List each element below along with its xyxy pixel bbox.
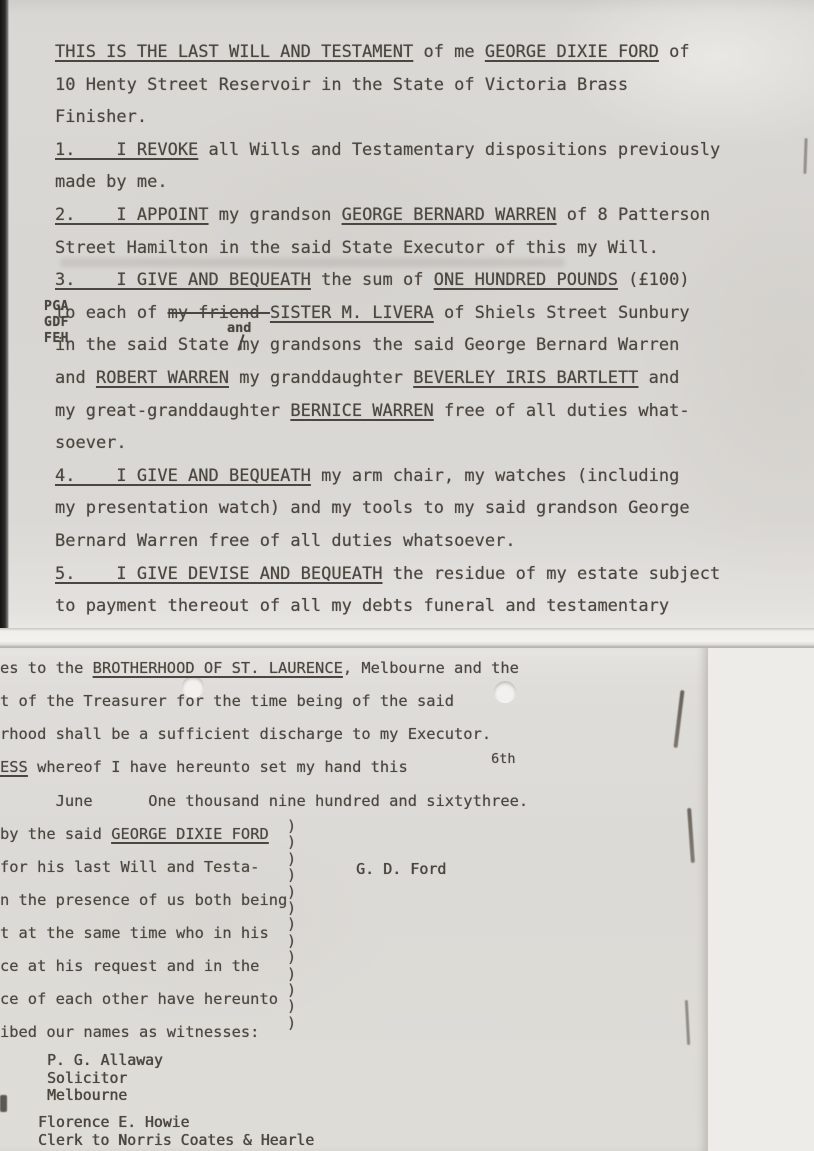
underlined-text: ONE HUNDRED POUNDS	[434, 270, 618, 290]
text-segment: to payment thereout of all my debts fune…	[55, 596, 669, 616]
ink-mark	[0, 1095, 7, 1112]
testator-signature: G. D. Ford	[356, 860, 446, 878]
brace-paren: )	[287, 949, 296, 965]
text-segment: of me	[413, 42, 485, 62]
brace-paren: )	[287, 1015, 296, 1031]
text-line: and ROBERT WARREN my granddaughter BEVER…	[55, 362, 795, 395]
page-gap	[0, 628, 814, 649]
scanned-will-document: { "meta": { "description": "Scanned type…	[0, 0, 814, 1151]
text-line: to payment thereout of all my debts fune…	[55, 590, 795, 623]
underlined-text: ROBERT WARREN	[96, 368, 229, 388]
text-segment: 6th	[491, 751, 515, 767]
text-line: 2. I APPOINT my grandson GEORGE BERNARD …	[55, 199, 795, 232]
underlined-text: ESS	[0, 758, 28, 776]
text-line: 10 Henty Street Reservoir in the State o…	[55, 69, 795, 102]
underlined-text: 5. I GIVE DEVISE AND BEQUEATH	[55, 564, 383, 584]
text-line: t of the Treasurer for the time being of…	[0, 685, 707, 718]
text-segment: t at the same time who in his	[0, 924, 269, 942]
page2-text-block: es to the BROTHERHOOD OF ST. LAURENCE, M…	[0, 652, 707, 1049]
insertion-annotation: and	[227, 320, 251, 336]
text-segment: the residue of my estate subject	[383, 564, 721, 584]
text-line: June One thousand nine hundred and sixty…	[0, 785, 707, 818]
witness-line: Clerk to Norris Coates & Hearle	[38, 1132, 314, 1150]
witness-line: Solicitor	[47, 1070, 163, 1088]
underlined-text: SISTER M. LIVERA	[270, 303, 434, 323]
text-segment: for his last Will and Testa-	[0, 858, 259, 876]
underlined-text: BROTHERHOOD OF ST. LAURENCE	[93, 659, 343, 677]
text-segment: and	[638, 368, 679, 388]
text-segment: (£100)	[618, 270, 690, 290]
text-segment: n the presence of us both being	[0, 891, 287, 909]
text-segment: whereof I have hereunto set my hand this	[28, 758, 491, 776]
text-line: ibed our names as witnesses:	[0, 1016, 707, 1049]
text-segment: , Melbourne and the	[343, 659, 519, 677]
text-line: my presentation watch) and my tools to m…	[55, 492, 795, 525]
underlined-text: THIS IS THE LAST WILL AND TESTAMENT	[55, 42, 413, 62]
brace-paren: )	[287, 916, 296, 932]
text-segment: my arm chair, my watches (including	[311, 466, 679, 486]
text-segment: my grandson	[209, 205, 342, 225]
brace-paren: )	[287, 834, 296, 850]
text-line: soever.	[55, 427, 795, 460]
underlined-text: 3. I GIVE AND BEQUEATH	[55, 270, 311, 290]
brace-paren: )	[287, 884, 296, 900]
underlined-text: 2. I APPOINT	[55, 205, 209, 225]
text-segment: ce at his request and in the	[0, 957, 259, 975]
underlined-text: 4. I GIVE AND BEQUEATH	[55, 466, 311, 486]
struck-text: my friend	[168, 303, 270, 323]
text-segment: ibed our names as witnesses:	[0, 1023, 259, 1041]
text-segment: June One thousand nine hundred and sixty…	[0, 792, 528, 810]
brace-paren: )	[287, 867, 296, 883]
text-segment: my presentation watch) and my tools to m…	[55, 498, 690, 518]
brace-paren: )	[287, 982, 296, 998]
text-segment: t of the Treasurer for the time being of…	[0, 692, 454, 710]
text-line: in the said State my grandsons the said …	[55, 329, 795, 362]
text-segment: and	[55, 368, 96, 388]
text-line: 5. I GIVE DEVISE AND BEQUEATH the residu…	[55, 558, 795, 591]
text-line: es to the BROTHERHOOD OF ST. LAURENCE, M…	[0, 652, 707, 685]
underlined-text: BERNICE WARREN	[290, 401, 433, 421]
text-line: Street Hamilton in the said State Execut…	[55, 232, 795, 265]
underlined-text: GEORGE DIXIE FORD	[111, 825, 269, 843]
brace-paren: )	[287, 966, 296, 982]
text-segment: all Wills and Testamentary dispositions …	[198, 140, 720, 160]
witness-block-allaway: P. G. AllawaySolicitorMelbourne	[47, 1052, 163, 1105]
text-line: ESS whereof I have hereunto set my hand …	[0, 751, 707, 785]
text-segment: Street Hamilton in the said State Execut…	[55, 238, 659, 258]
text-line: my great-granddaughter BERNICE WARREN fr…	[55, 395, 795, 428]
text-segment: free of all duties what-	[434, 401, 690, 421]
text-line: t at the same time who in his	[0, 917, 707, 950]
text-segment: 10 Henty Street Reservoir in the State o…	[55, 75, 628, 95]
text-line: n the presence of us both being	[0, 884, 707, 917]
text-segment: by the said	[0, 825, 111, 843]
text-segment: soever.	[55, 433, 127, 453]
underlined-text: GEORGE DIXIE FORD	[485, 42, 659, 62]
witness-line: Melbourne	[47, 1087, 163, 1105]
text-segment: ce of each other have hereunto	[0, 990, 278, 1008]
text-line: Finisher.	[55, 101, 795, 134]
attestation-brace: )))))))))))))	[287, 818, 296, 1031]
page1-text-block: THIS IS THE LAST WILL AND TESTAMENT of m…	[55, 36, 795, 623]
text-line: ce at his request and in the	[0, 950, 707, 983]
brace-paren: )	[287, 998, 296, 1014]
text-segment: of 8 Patterson	[557, 205, 711, 225]
brace-paren: )	[287, 933, 296, 949]
brace-paren: )	[287, 851, 296, 867]
underlined-text: BEVERLEY IRIS BARTLETT	[413, 368, 638, 388]
text-segment: es to the	[0, 659, 93, 677]
text-line: 4. I GIVE AND BEQUEATH my arm chair, my …	[55, 460, 795, 493]
witness-line: P. G. Allaway	[47, 1052, 163, 1070]
text-line: for his last Will and Testa-	[0, 851, 707, 884]
text-line: 3. I GIVE AND BEQUEATH the sum of ONE HU…	[55, 264, 795, 297]
text-line: made by me.	[55, 166, 795, 199]
text-segment: rhood shall be a sufficient discharge to…	[0, 725, 491, 743]
text-line: ce of each other have hereunto	[0, 983, 707, 1016]
text-segment: Bernard Warren free of all duties whatso…	[55, 531, 516, 551]
underlined-text: GEORGE BERNARD WARREN	[342, 205, 557, 225]
text-line: by the said GEORGE DIXIE FORD	[0, 818, 707, 851]
text-segment: to each of	[55, 303, 168, 323]
text-segment: my great-granddaughter	[55, 401, 290, 421]
brace-paren: )	[287, 818, 296, 834]
text-segment: my granddaughter	[229, 368, 413, 388]
text-line: Bernard Warren free of all duties whatso…	[55, 525, 795, 558]
text-segment: Finisher.	[55, 107, 147, 127]
text-line: rhood shall be a sufficient discharge to…	[0, 718, 707, 751]
text-segment: the sum of	[311, 270, 434, 290]
text-segment: of Shiels Street Sunbury	[434, 303, 690, 323]
text-line: 1. I REVOKE all Wills and Testamentary d…	[55, 134, 795, 167]
text-segment: of	[659, 42, 690, 62]
witness-block-howie: Florence E. HowieClerk to Norris Coates …	[38, 1114, 314, 1149]
underlined-text: 1. I REVOKE	[55, 140, 198, 160]
brace-paren: )	[287, 900, 296, 916]
text-segment: in the said State my grandsons the said …	[55, 335, 679, 355]
text-line: to each of my friend SISTER M. LIVERA of…	[55, 297, 795, 330]
text-segment: made by me.	[55, 172, 168, 192]
scan-edge-strip	[0, 0, 9, 629]
witness-line: Florence E. Howie	[38, 1114, 314, 1132]
text-line: THIS IS THE LAST WILL AND TESTAMENT of m…	[55, 36, 795, 69]
